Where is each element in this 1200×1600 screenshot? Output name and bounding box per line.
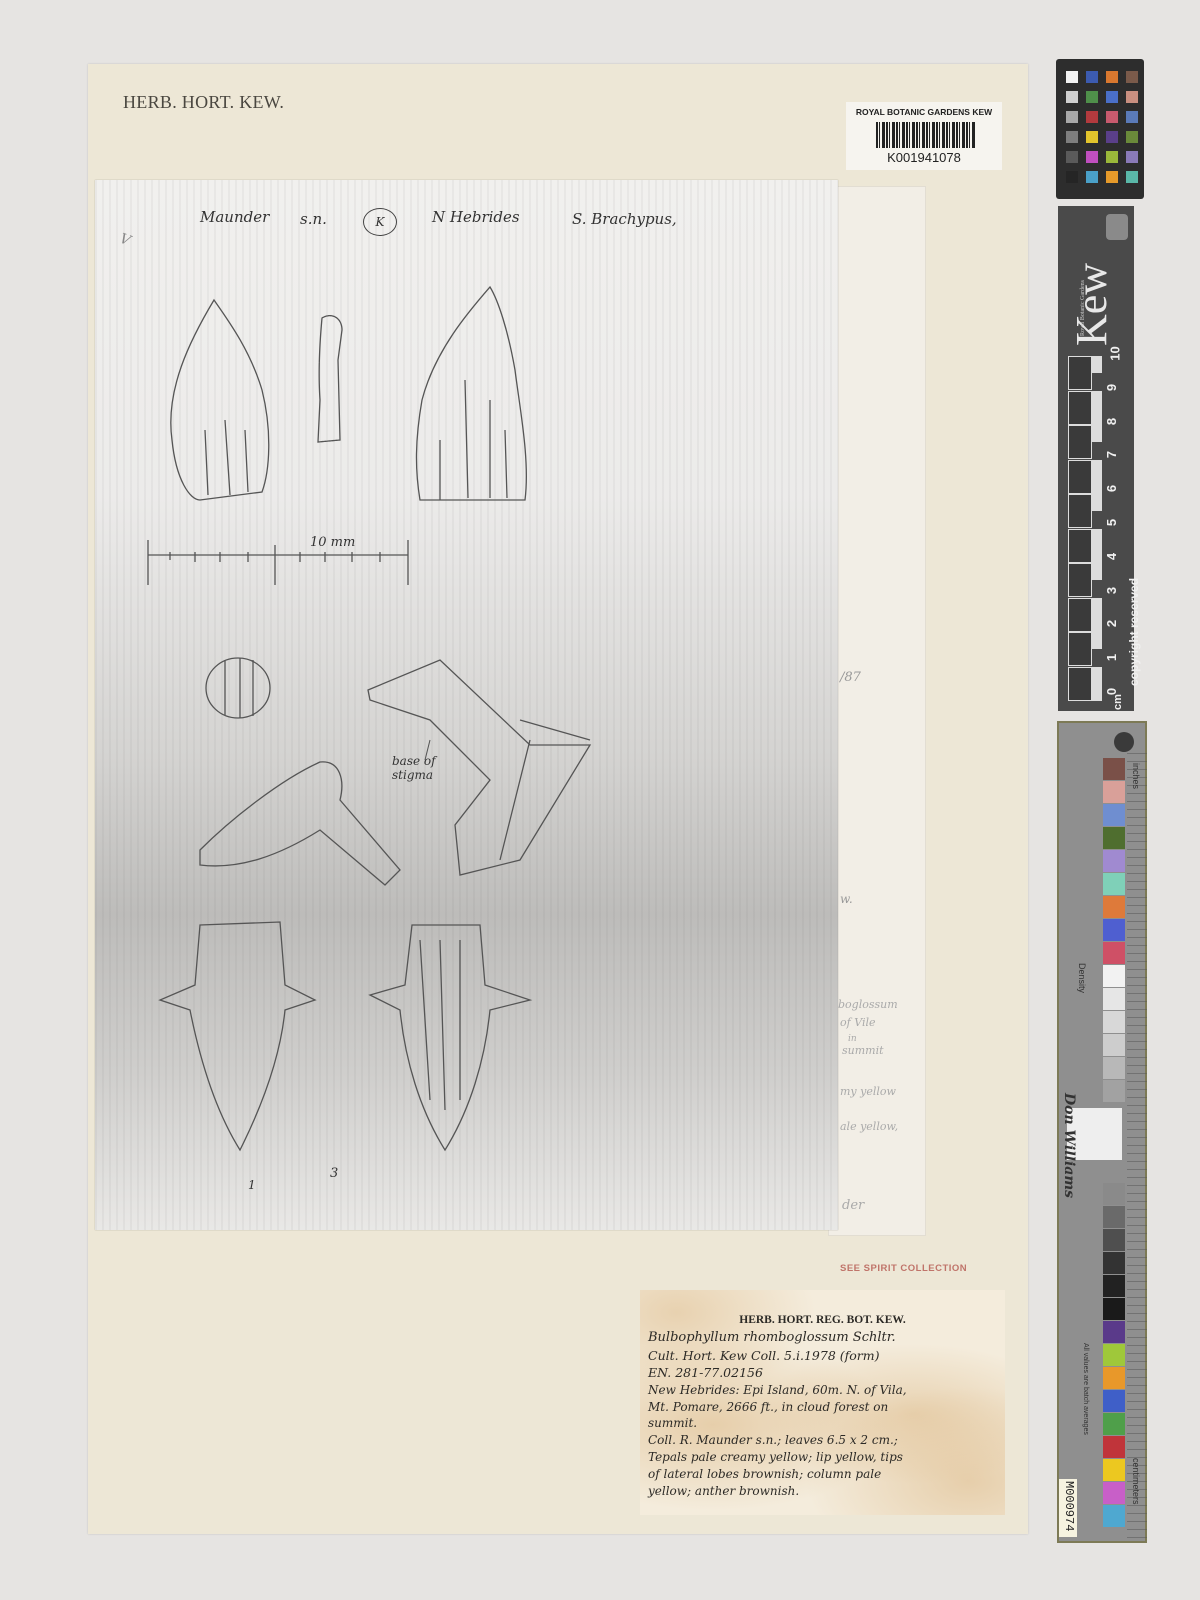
target-centimeters-label: centimeters — [1131, 1458, 1141, 1505]
color-patch — [1103, 1183, 1125, 1205]
label-line: Tepals pale creamy yellow; lip yellow, t… — [648, 1450, 903, 1464]
color-patch — [1103, 850, 1125, 872]
target-brand: Don Williams — [1061, 1093, 1077, 1198]
barcode-institution: ROYAL BOTANIC GARDENS KEW — [846, 107, 1002, 117]
ruler-block — [1068, 391, 1092, 425]
label-line: Mt. Pomare, 2666 ft., in cloud forest on — [648, 1400, 888, 1414]
color-patch — [1103, 896, 1125, 918]
target-hole-icon — [1114, 732, 1134, 752]
color-patch — [1103, 919, 1125, 941]
stigma-annotation: base of stigma — [392, 754, 462, 782]
color-swatch — [1086, 151, 1098, 163]
label-line-taxon: Bulbophyllum rhomboglossum Schltr. — [648, 1330, 896, 1345]
target-density-label: Density — [1077, 963, 1087, 993]
ruler-block — [1068, 563, 1092, 597]
color-patch — [1103, 1057, 1125, 1079]
color-swatch — [1126, 151, 1138, 163]
color-patch — [1103, 781, 1125, 803]
color-swatch — [1086, 91, 1098, 103]
underlying-note: summit — [842, 1044, 884, 1057]
barcode-icon — [876, 122, 976, 148]
underlying-note: my yellow — [840, 1085, 896, 1098]
ruler-number: 4 — [1104, 553, 1119, 560]
figure-number: 1 — [248, 1178, 256, 1192]
barcode-label: ROYAL BOTANIC GARDENS KEW K001941078 — [846, 102, 1002, 170]
ruler-number: 5 — [1104, 519, 1119, 526]
color-patch — [1103, 1505, 1125, 1527]
ruler-band — [1092, 460, 1102, 494]
color-checker-card — [1056, 59, 1144, 199]
color-patch — [1103, 1413, 1125, 1435]
underlying-note: w. — [840, 892, 853, 906]
color-patch — [1103, 758, 1125, 780]
ruler-block — [1068, 356, 1092, 390]
target-id: M000974 — [1059, 1479, 1077, 1537]
color-patch — [1103, 1390, 1125, 1412]
copyright-text: copyright reserved — [1127, 578, 1141, 686]
color-swatch — [1066, 151, 1078, 163]
ruler-block — [1068, 667, 1092, 701]
underlying-note: in — [848, 1034, 857, 1044]
color-patch — [1103, 1436, 1125, 1458]
color-patch — [1103, 988, 1125, 1010]
color-swatch — [1126, 171, 1138, 183]
color-patch — [1103, 942, 1125, 964]
ruler-number: 8 — [1104, 417, 1119, 424]
color-swatch — [1066, 71, 1078, 83]
ruler-block — [1068, 632, 1092, 666]
color-swatch — [1126, 91, 1138, 103]
color-patch — [1103, 827, 1125, 849]
label-line: yellow; anther brownish. — [648, 1484, 799, 1498]
ruler-block — [1068, 598, 1092, 632]
color-swatch — [1126, 111, 1138, 123]
ruler-number: 6 — [1104, 485, 1119, 492]
color-patch — [1103, 1275, 1125, 1297]
color-swatch — [1106, 91, 1118, 103]
color-patch — [1103, 1229, 1125, 1251]
color-swatch — [1066, 131, 1078, 143]
color-swatch — [1106, 171, 1118, 183]
ruler-band — [1092, 494, 1102, 511]
target-id-text: M000974 — [1062, 1481, 1076, 1531]
ruler-number: 1 — [1104, 654, 1119, 661]
ruler-number: 7 — [1104, 451, 1119, 458]
label-line: of lateral lobes brownish; column pale — [648, 1467, 881, 1481]
ruler-band — [1092, 425, 1102, 442]
color-patch — [1103, 965, 1125, 987]
scale-bar-label: 10 mm — [310, 535, 355, 550]
ruler-block — [1068, 460, 1092, 494]
underlying-note: boglossum — [838, 998, 898, 1011]
underlying-note: of Vile — [840, 1016, 876, 1029]
color-swatch — [1106, 71, 1118, 83]
color-swatch — [1106, 151, 1118, 163]
color-patch — [1103, 1367, 1125, 1389]
underlying-sheet — [828, 186, 926, 1236]
label-title: HERB. HORT. REG. BOT. KEW. — [640, 1314, 1005, 1326]
target-ruler — [1127, 753, 1147, 1538]
color-swatch — [1106, 111, 1118, 123]
color-target-strip: inches Density Don Williams All values a… — [1057, 721, 1147, 1543]
figure-number: 3 — [330, 1166, 338, 1181]
color-swatch — [1086, 131, 1098, 143]
color-patch — [1103, 1482, 1125, 1504]
color-swatch — [1066, 111, 1078, 123]
label-line: Cult. Hort. Kew Coll. 5.i.1978 (form) — [648, 1348, 879, 1363]
centimeter-ruler — [1068, 356, 1103, 701]
color-patch — [1103, 1011, 1125, 1033]
sepal-drawing-icon — [0, 0, 840, 1230]
kew-logo-subtitle: Royal Botanic Gardens — [1080, 280, 1086, 336]
label-line: summit. — [648, 1416, 697, 1430]
underlying-note: ale yellow, — [840, 1120, 898, 1133]
color-patch — [1103, 1459, 1125, 1481]
barcode-id: K001941078 — [846, 150, 1002, 165]
color-patch — [1103, 1344, 1125, 1366]
ruler-number: 9 — [1104, 384, 1119, 391]
ruler-band — [1092, 632, 1102, 649]
label-line: EN. 281-77.02156 — [648, 1365, 763, 1380]
ruler-number: 3 — [1104, 586, 1119, 593]
ruler-band — [1092, 667, 1102, 701]
ruler-block — [1068, 425, 1092, 459]
color-patch — [1103, 1298, 1125, 1320]
ruler-band — [1092, 563, 1102, 580]
ruler-band — [1092, 529, 1102, 563]
color-patch — [1103, 1034, 1125, 1056]
color-swatch — [1126, 131, 1138, 143]
ruler-block — [1068, 529, 1092, 563]
ruler-band — [1092, 391, 1102, 425]
underlying-note: /87 — [840, 670, 861, 685]
color-swatch — [1066, 91, 1078, 103]
ruler-band — [1092, 356, 1102, 373]
ruler-band — [1092, 598, 1102, 632]
kew-scale-strip: Kew Royal Botanic Gardens copyright rese… — [1058, 206, 1134, 711]
target-inches-label: inches — [1131, 763, 1141, 789]
ruler-block — [1068, 494, 1092, 528]
underlying-note: der — [842, 1198, 864, 1213]
color-swatch — [1126, 71, 1138, 83]
label-line: New Hebrides: Epi Island, 60m. N. of Vil… — [648, 1383, 907, 1397]
color-patch — [1103, 873, 1125, 895]
royal-crest-icon — [1106, 214, 1128, 240]
color-patch — [1103, 1321, 1125, 1343]
color-patch — [1103, 1206, 1125, 1228]
specimen-label: HERB. HORT. REG. BOT. KEW. Bulbophyllum … — [640, 1290, 1005, 1515]
color-patch — [1103, 804, 1125, 826]
color-swatch — [1086, 171, 1098, 183]
ruler-number: 2 — [1104, 620, 1119, 627]
color-patch — [1103, 1252, 1125, 1274]
color-patch — [1103, 1080, 1125, 1102]
ruler-number: 0 — [1104, 688, 1119, 695]
color-swatch — [1086, 111, 1098, 123]
color-swatch — [1086, 71, 1098, 83]
spirit-collection-stamp: SEE SPIRIT COLLECTION — [840, 1263, 967, 1274]
kew-logo: Kew — [1066, 263, 1117, 346]
color-swatch — [1066, 171, 1078, 183]
color-swatch — [1106, 131, 1118, 143]
unit-label: cm — [1112, 694, 1124, 710]
label-line: Coll. R. Maunder s.n.; leaves 6.5 x 2 cm… — [648, 1433, 898, 1447]
target-footer-note: All values are batch averages — [1082, 1343, 1089, 1435]
ruler-number: 10 — [1108, 346, 1123, 360]
